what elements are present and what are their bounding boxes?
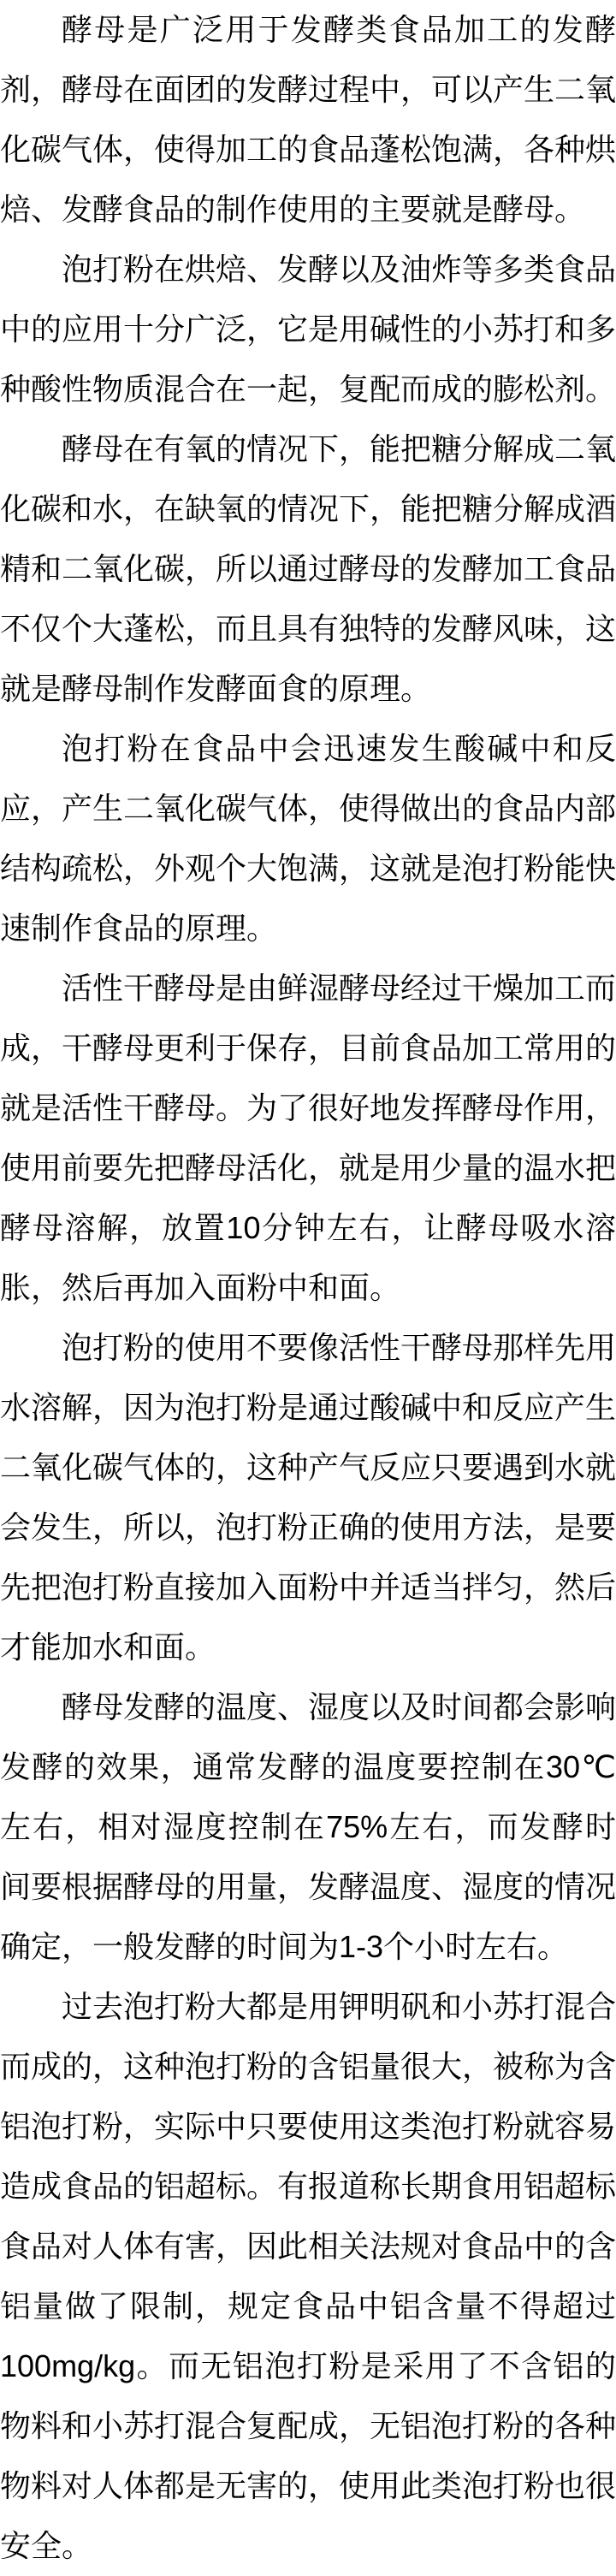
- paragraph-aluminum-baking-powder: 过去泡打粉大都是用钾明矾和小苏打混合而成的，这种泡打粉的含铝量很大，被称为含铝泡…: [0, 1977, 616, 2576]
- paragraph-active-dry-yeast-usage: 活性干酵母是由鲜湿酵母经过干燥加工而成，干酵母更利于保存，目前食品加工常用的就是…: [0, 959, 616, 1318]
- paragraph-baking-powder-intro: 泡打粉在烘焙、发酵以及油炸等多类食品中的应用十分广泛，它是用碱性的小苏打和多种酸…: [0, 240, 616, 419]
- paragraph-baking-powder-principle: 泡打粉在食品中会迅速发生酸碱中和反应，产生二氧化碳气体，使得做出的食品内部结构疏…: [0, 719, 616, 959]
- paragraph-fermentation-conditions: 酵母发酵的温度、湿度以及时间都会影响发酵的效果，通常发酵的温度要控制在30℃左右…: [0, 1677, 616, 1977]
- paragraph-yeast-principle: 酵母在有氧的情况下，能把糖分解成二氧化碳和水，在缺氧的情况下，能把糖分解成酒精和…: [0, 419, 616, 719]
- paragraph-baking-powder-usage: 泡打粉的使用不要像活性干酵母那样先用水溶解，因为泡打粉是通过酸碱中和反应产生二氧…: [0, 1318, 616, 1677]
- paragraph-yeast-intro: 酵母是广泛用于发酵类食品加工的发酵剂，酵母在面团的发酵过程中，可以产生二氧化碳气…: [0, 0, 616, 240]
- document-page: 酵母是广泛用于发酵类食品加工的发酵剂，酵母在面团的发酵过程中，可以产生二氧化碳气…: [0, 0, 616, 2576]
